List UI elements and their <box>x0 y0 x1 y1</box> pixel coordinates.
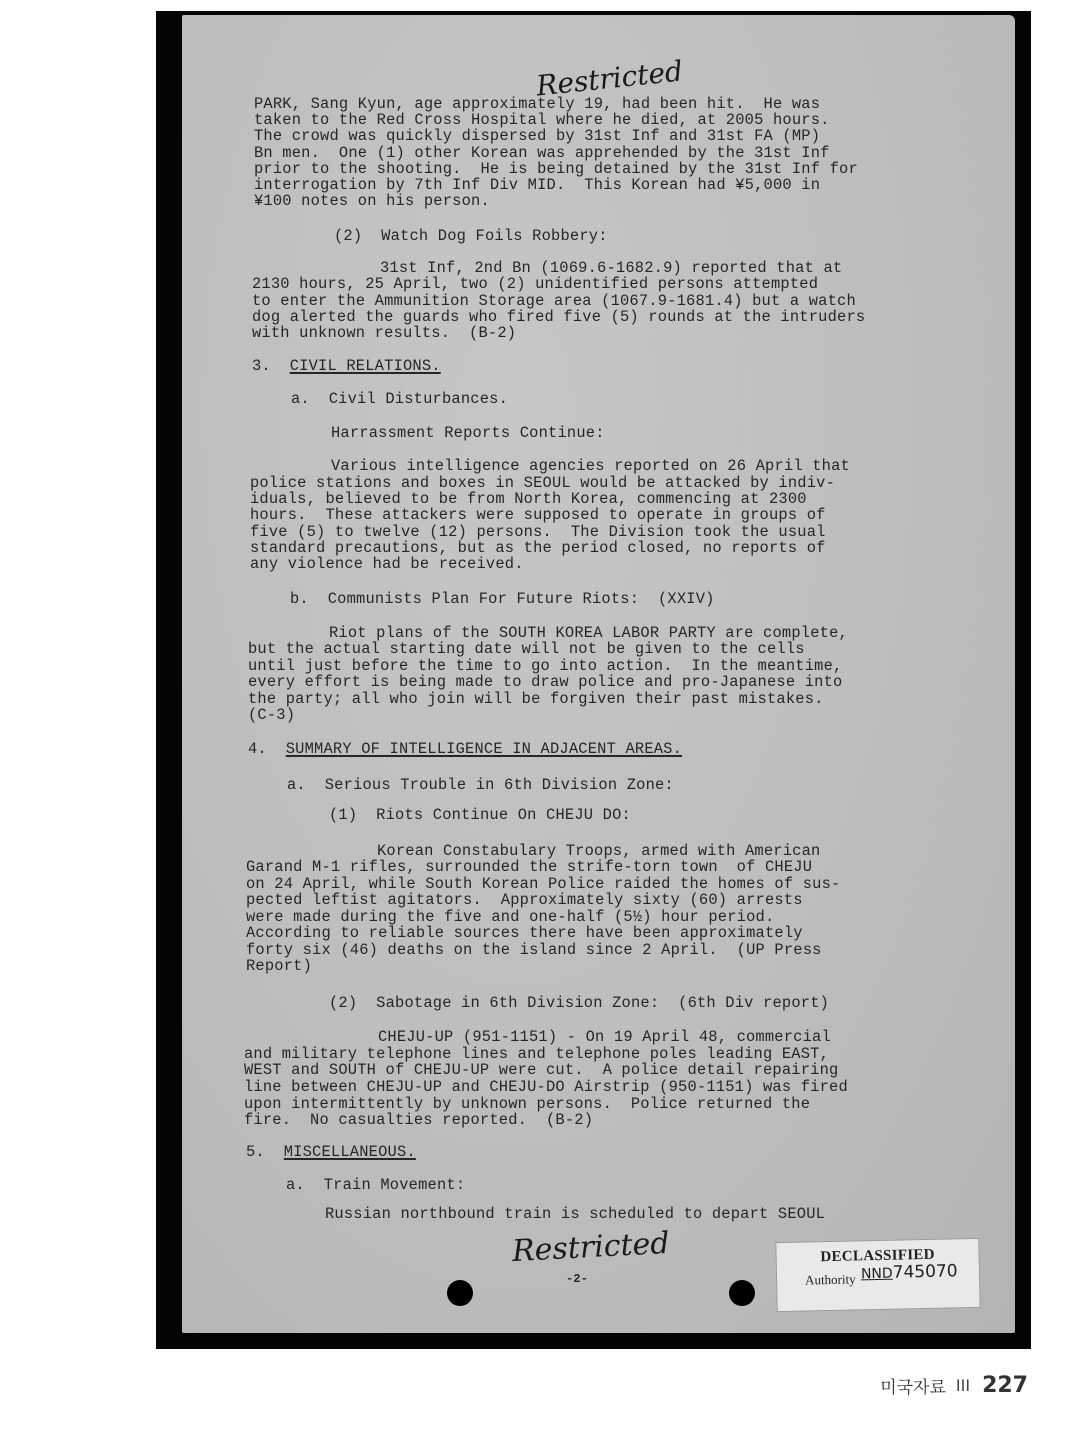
text-line: pected leftist agitators. Approximately … <box>246 892 803 908</box>
text-line: a. Serious Trouble in 6th Division Zone: <box>287 777 674 793</box>
page-footer: 미국자료III227 <box>880 1373 1028 1398</box>
text-line: and military telephone lines and telepho… <box>244 1046 829 1062</box>
line-text: 4. <box>248 740 286 758</box>
line-text: 2130 hours, 25 April, two (2) unidentifi… <box>252 275 818 293</box>
text-line: (2) Sabotage in 6th Division Zone: (6th … <box>329 995 829 1011</box>
text-line: CHEJU-UP (951-1151) - On 19 April 48, co… <box>378 1029 831 1045</box>
text-line: According to reliable sources there have… <box>246 925 803 941</box>
text-line: hours. These attackers were supposed to … <box>250 507 826 523</box>
text-line: The crowd was quickly dispersed by 31st … <box>254 128 820 144</box>
line-text: Report) <box>246 957 312 975</box>
line-text: any violence had be received. <box>250 555 524 573</box>
text-line: dog alerted the guards who fired five (5… <box>252 309 865 325</box>
line-text: Russian northbound train is scheduled to… <box>325 1205 825 1223</box>
text-line: Report) <box>246 958 312 974</box>
text-line: until just before the time to go into ac… <box>248 658 842 674</box>
line-text: a. Serious Trouble in 6th Division Zone: <box>287 776 674 794</box>
text-line: prior to the shooting. He is being detai… <box>254 161 858 177</box>
line-text: 5. <box>246 1143 284 1161</box>
text-line: five (5) to twelve (12) persons. The Div… <box>250 524 826 540</box>
text-line: fire. No casualties reported. (B-2) <box>244 1112 593 1128</box>
text-line: but the actual starting date will not be… <box>248 641 805 657</box>
line-text: ¥100 notes on his person. <box>254 192 490 210</box>
text-line: WEST and SOUTH of CHEJU-UP were cut. A p… <box>244 1062 838 1078</box>
line-text: Various intelligence agencies reported o… <box>331 457 850 475</box>
stamp-authority-label: Authority <box>805 1271 856 1288</box>
text-line: standard precautions, but as the period … <box>250 540 826 556</box>
text-line: police stations and boxes in SEOUL would… <box>250 475 835 491</box>
line-text: fire. No casualties reported. (B-2) <box>244 1111 593 1129</box>
text-line: Korean Constabulary Troops, armed with A… <box>377 843 821 859</box>
text-line: Riot plans of the SOUTH KOREA LABOR PART… <box>329 625 848 641</box>
text-line: interrogation by 7th Inf Div MID. This K… <box>254 177 820 193</box>
line-text: with unknown results. (B-2) <box>252 324 516 342</box>
footer-page-number: 227 <box>982 1373 1028 1398</box>
text-line: Bn men. One (1) other Korean was apprehe… <box>254 145 830 161</box>
heading-text: CIVIL RELATIONS. <box>290 357 441 375</box>
line-text: a. Train Movement: <box>286 1176 465 1194</box>
line-text: Harrassment Reports Continue: <box>331 424 605 442</box>
section-heading: 4. SUMMARY OF INTELLIGENCE IN ADJACENT A… <box>248 741 682 757</box>
line-text: Garand M-1 rifles, surrounded the strife… <box>246 858 812 876</box>
footer-volume: III <box>956 1376 970 1395</box>
text-line: Russian northbound train is scheduled to… <box>325 1206 825 1222</box>
line-text: (C-3) <box>248 706 295 724</box>
footer-book-label: 미국자료 <box>880 1378 946 1398</box>
text-line: a. Civil Disturbances. <box>291 391 508 407</box>
text-line: the party; all who join will be forgiven… <box>248 691 824 707</box>
line-text: (2) Sabotage in 6th Division Zone: (6th … <box>329 994 829 1012</box>
heading-text: SUMMARY OF INTELLIGENCE IN ADJACENT AREA… <box>286 740 682 758</box>
heading-text: MISCELLANEOUS. <box>284 1143 416 1161</box>
text-line: PARK, Sang Kyun, age approximately 19, h… <box>254 96 820 112</box>
section-heading: 5. MISCELLANEOUS. <box>246 1144 416 1160</box>
text-line: any violence had be received. <box>250 556 524 572</box>
line-text: The crowd was quickly dispersed by 31st … <box>254 127 820 145</box>
text-line: line between CHEJU-UP and CHEJU-DO Airst… <box>244 1079 848 1095</box>
section-heading: 3. CIVIL RELATIONS. <box>252 358 441 374</box>
text-line: were made during the five and one-half (… <box>246 909 774 925</box>
declassified-stamp: DECLASSIFIED Authority NND745070 <box>775 1238 980 1312</box>
text-line: to enter the Ammunition Storage area (10… <box>252 293 856 309</box>
text-line: every effort is being made to draw polic… <box>248 674 842 690</box>
text-line: upon intermittently by unknown persons. … <box>244 1096 810 1112</box>
line-text: 3. <box>252 357 290 375</box>
line-text: pected leftist agitators. Approximately … <box>246 891 803 909</box>
stamp-authority-value: NND745070 <box>861 1261 958 1283</box>
text-line: (1) Riots Continue On CHEJU DO: <box>329 807 631 823</box>
text-line: a. Train Movement: <box>286 1177 465 1193</box>
text-line: iduals, believed to be from North Korea,… <box>250 491 807 507</box>
text-line: b. Communists Plan For Future Riots: (XX… <box>290 591 715 607</box>
line-text: CHEJU-UP (951-1151) - On 19 April 48, co… <box>378 1028 831 1046</box>
page-marker: -2- <box>566 1271 588 1287</box>
line-text: but the actual starting date will not be… <box>248 640 805 658</box>
line-text: According to reliable sources there have… <box>246 924 803 942</box>
line-text: b. Communists Plan For Future Riots: (XX… <box>290 590 715 608</box>
stamp-authority-code: NND <box>861 1266 893 1283</box>
text-line: Harrassment Reports Continue: <box>331 425 605 441</box>
text-line: taken to the Red Cross Hospital where he… <box>254 112 830 128</box>
text-line: forty six (46) deaths on the island sinc… <box>246 942 822 958</box>
text-line: Garand M-1 rifles, surrounded the strife… <box>246 859 812 875</box>
binder-hole-left <box>447 1280 473 1306</box>
text-line: 2130 hours, 25 April, two (2) unidentifi… <box>252 276 818 292</box>
line-text: a. Civil Disturbances. <box>291 390 508 408</box>
text-line: (2) Watch Dog Foils Robbery: <box>334 228 608 244</box>
line-text: (2) Watch Dog Foils Robbery: <box>334 227 608 245</box>
stamp-authority-number: 745070 <box>892 1261 957 1282</box>
text-line: with unknown results. (B-2) <box>252 325 516 341</box>
line-text: every effort is being made to draw polic… <box>248 673 842 691</box>
line-text: the party; all who join will be forgiven… <box>248 690 824 708</box>
binder-hole-right <box>729 1280 755 1306</box>
text-line: ¥100 notes on his person. <box>254 193 490 209</box>
line-text: WEST and SOUTH of CHEJU-UP were cut. A p… <box>244 1061 838 1079</box>
line-text: hours. These attackers were supposed to … <box>250 506 826 524</box>
line-text: line between CHEJU-UP and CHEJU-DO Airst… <box>244 1078 848 1096</box>
line-text: forty six (46) deaths on the island sinc… <box>246 941 822 959</box>
text-line: Various intelligence agencies reported o… <box>331 458 850 474</box>
text-line: 31st Inf, 2nd Bn (1069.6-1682.9) reporte… <box>380 260 842 276</box>
text-line: on 24 April, while South Korean Police r… <box>246 876 840 892</box>
text-line: (C-3) <box>248 707 295 723</box>
line-text: (1) Riots Continue On CHEJU DO: <box>329 806 631 824</box>
